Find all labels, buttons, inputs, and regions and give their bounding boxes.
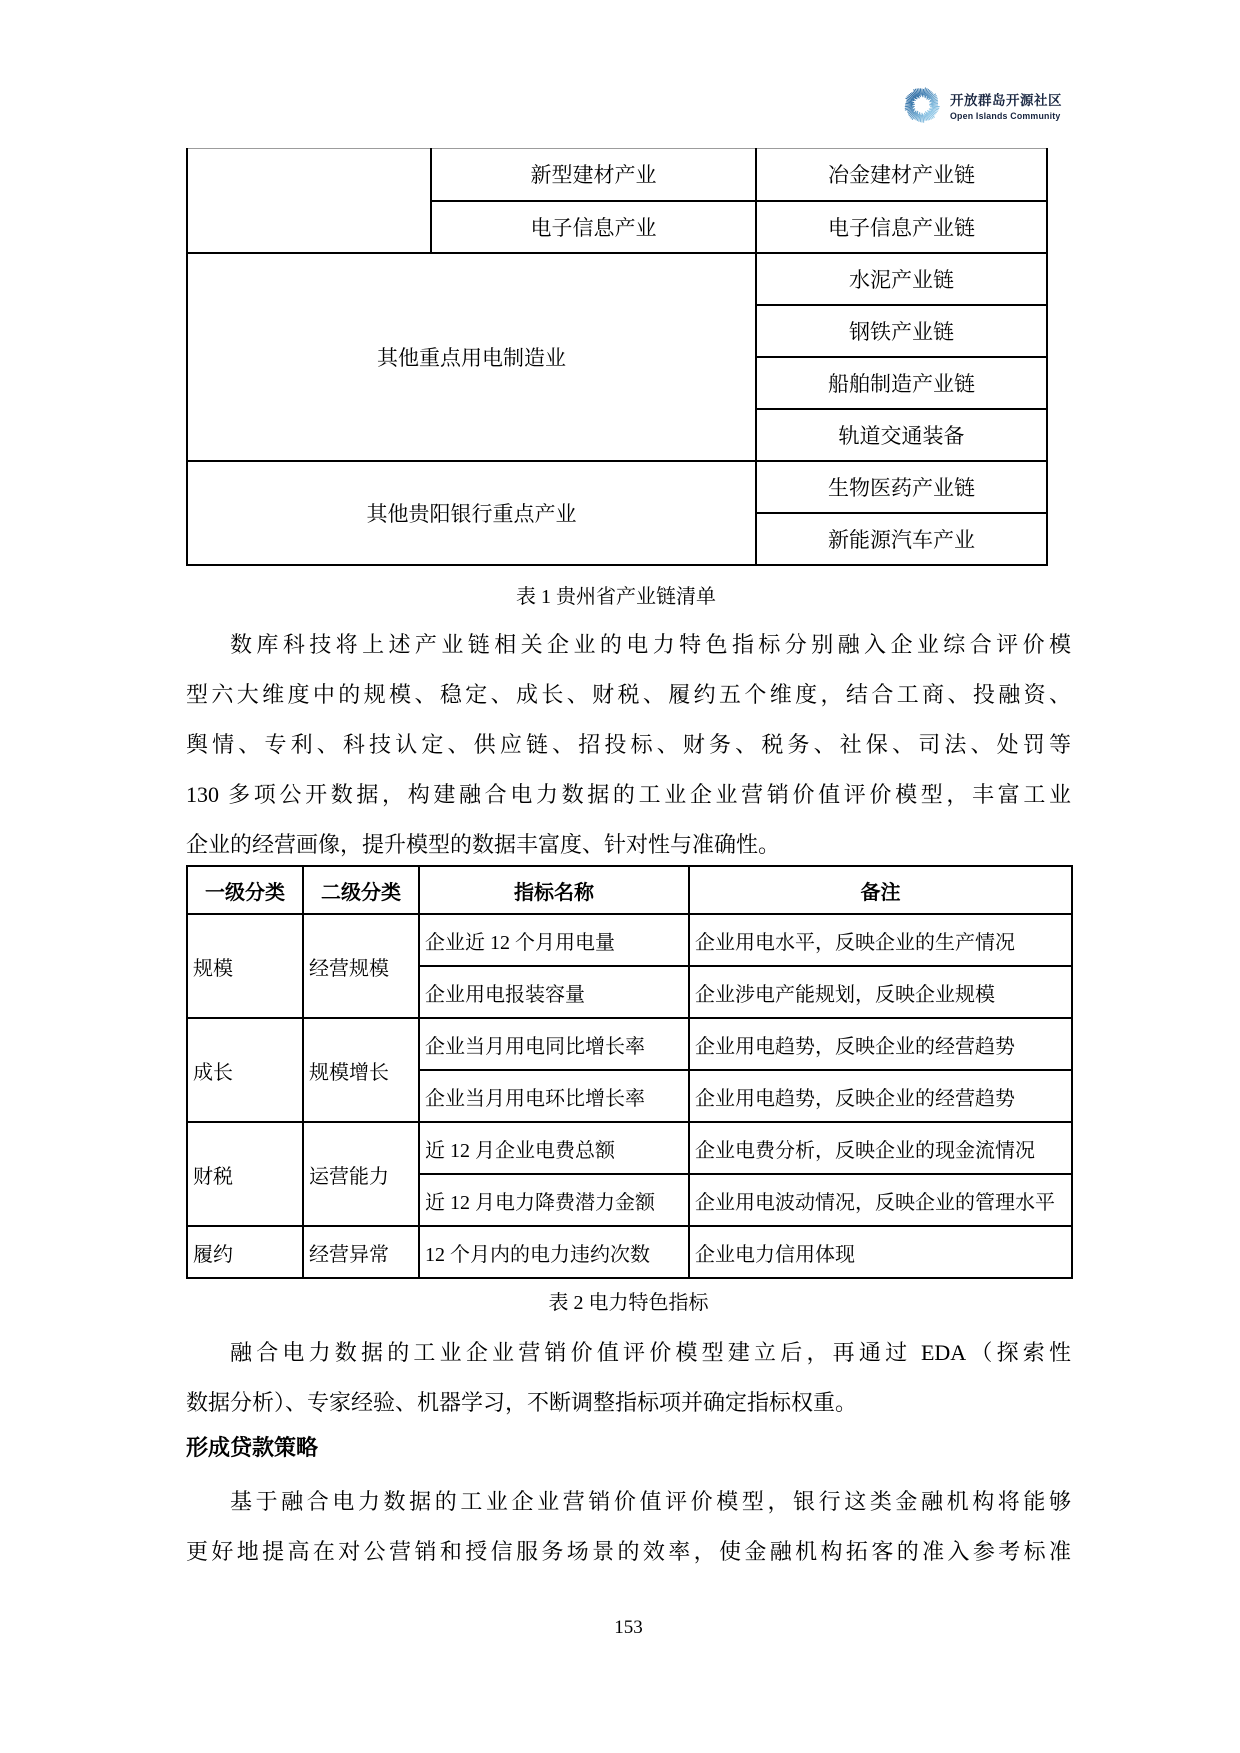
level2-cell: 规模增长 [303,1018,419,1122]
note-cell: 企业用电趋势，反映企业的经营趋势 [689,1018,1072,1070]
industry-cell: 电子信息产业 [431,201,756,253]
level1-cell: 履约 [187,1226,303,1278]
text-line: 数据分析）、专家经验、机器学习，不断调整指标项并确定指标权重。 [186,1378,1071,1428]
level1-cell: 财税 [187,1122,303,1226]
chain-cell: 电子信息产业链 [756,201,1047,253]
text-line: 更好地提高在对公营销和授信服务场景的效率，使金融机构拓客的准入参考标准 [186,1527,1071,1577]
note-cell: 企业用电趋势，反映企业的经营趋势 [689,1070,1072,1122]
logo-text: 开放群岛开源社区 Open Islands Community [950,89,1062,121]
note-cell: 企业电力信用体现 [689,1226,1072,1278]
note-cell: 企业涉电产能规划，反映企业规模 [689,966,1072,1018]
paragraph-eda: 融合电力数据的工业企业营销价值评价模型建立后，再通过 EDA（探索性 数据分析）… [186,1328,1071,1428]
indicator-cell: 企业当月用电环比增长率 [419,1070,689,1122]
level2-cell: 经营规模 [303,914,419,1018]
chain-cell: 新能源汽车产业 [756,513,1047,565]
text-line: 数库科技将上述产业链相关企业的电力特色指标分别融入企业综合评价模 [186,620,1071,670]
table-industry-chain-list: 新型建材产业 冶金建材产业链 电子信息产业 电子信息产业链 其他重点用电制造业 … [186,148,1048,566]
industry-group-cell: 其他贵阳银行重点产业 [187,461,756,565]
indicator-cell: 企业用电报装容量 [419,966,689,1018]
column-header: 指标名称 [419,866,689,914]
open-islands-logo: 开放群岛开源社区 Open Islands Community [903,86,1062,124]
document-page: 开放群岛开源社区 Open Islands Community 新型建材产业 冶… [0,0,1240,1753]
empty-cell [187,149,431,253]
column-header: 一级分类 [187,866,303,914]
chain-cell: 冶金建材产业链 [756,149,1047,201]
table2-caption: 表 2 电力特色指标 [186,1289,1071,1317]
chain-cell: 生物医药产业链 [756,461,1047,513]
level2-cell: 经营异常 [303,1226,419,1278]
column-header: 二级分类 [303,866,419,914]
industry-cell: 新型建材产业 [431,149,756,201]
level1-cell: 规模 [187,914,303,1018]
text-line: 基于融合电力数据的工业企业营销价值评价模型，银行这类金融机构将能够 [186,1477,1071,1527]
chain-cell: 轨道交通装备 [756,409,1047,461]
logo-title-en: Open Islands Community [950,111,1062,121]
text-line: 型六大维度中的规模、稳定、成长、财税、履约五个维度，结合工商、投融资、 [186,670,1071,720]
page-number: 153 [186,1612,1071,1644]
note-cell: 企业用电水平，反映企业的生产情况 [689,914,1072,966]
indicator-cell: 企业近 12 个月用电量 [419,914,689,966]
starburst-icon [903,86,941,124]
note-cell: 企业电费分析，反映企业的现金流情况 [689,1122,1072,1174]
paragraph-evaluation-model: 数库科技将上述产业链相关企业的电力特色指标分别融入企业综合评价模 型六大维度中的… [186,620,1071,870]
table1-caption: 表 1 贵州省产业链清单 [186,583,1046,611]
indicator-cell: 近 12 月电力降费潜力金额 [419,1174,689,1226]
industry-group-cell: 其他重点用电制造业 [187,253,756,461]
chain-cell: 钢铁产业链 [756,305,1047,357]
chain-cell: 船舶制造产业链 [756,357,1047,409]
level2-cell: 运营能力 [303,1122,419,1226]
column-header: 备注 [689,866,1072,914]
chain-cell: 水泥产业链 [756,253,1047,305]
indicator-cell: 近 12 月企业电费总额 [419,1122,689,1174]
text-line: 融合电力数据的工业企业营销价值评价模型建立后，再通过 EDA（探索性 [186,1328,1071,1378]
note-cell: 企业用电波动情况，反映企业的管理水平 [689,1174,1072,1226]
section-heading-loan-strategy: 形成贷款策略 [186,1423,318,1473]
text-line: 企业的经营画像，提升模型的数据丰富度、针对性与准确性。 [186,820,1071,870]
text-line: 130 多项公开数据，构建融合电力数据的工业企业营销价值评价模型，丰富工业 [186,770,1071,820]
indicator-cell: 企业当月用电同比增长率 [419,1018,689,1070]
text-line: 舆情、专利、科技认定、供应链、招投标、财务、税务、社保、司法、处罚等 [186,720,1071,770]
table-power-indicators: 一级分类 二级分类 指标名称 备注 规模 经营规模 企业近 12 个月用电量 企… [186,865,1073,1279]
level1-cell: 成长 [187,1018,303,1122]
paragraph-loan-strategy: 基于融合电力数据的工业企业营销价值评价模型，银行这类金融机构将能够 更好地提高在… [186,1477,1071,1577]
indicator-cell: 12 个月内的电力违约次数 [419,1226,689,1278]
logo-title-cn: 开放群岛开源社区 [950,89,1062,109]
